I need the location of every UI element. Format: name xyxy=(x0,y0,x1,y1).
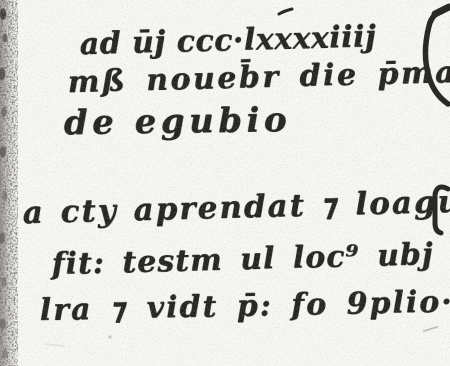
handwriting-layer: ad ūj ccc·lxxxxiiij mß noueb̄r die p̄ma·… xyxy=(0,0,450,366)
manuscript-page: ad ūj ccc·lxxxxiiij mß noueb̄r die p̄ma·… xyxy=(0,0,450,366)
manuscript-line: lra ⁊ vidt p̄: fo 9plio· xyxy=(39,287,450,326)
manuscript-line: a cty aprendat ⁊ loagubj xyxy=(22,186,450,229)
manuscript-line: fit: testm ul loc⁹ ubj sit xyxy=(51,238,450,280)
manuscript-line: de egubio xyxy=(64,103,292,140)
manuscript-line: mß noueb̄r die p̄ma· xyxy=(67,57,450,98)
manuscript-line: ad ūj ccc·lxxxxiiij xyxy=(79,22,376,60)
